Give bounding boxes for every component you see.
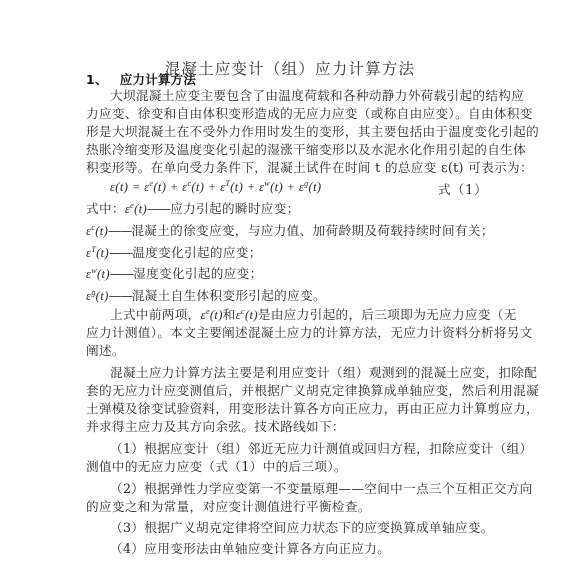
paragraph-line: 阐述。 xyxy=(86,343,125,359)
paragraph-line: 热胀冷缩变形及温度变化引起的湿涨干缩变形以及水泥水化作用引起的自生体 xyxy=(86,142,526,158)
paragraph-line: 力应变、徐变和自由体积变形造成的无应力应变（或称自由应变）。自由体积变 xyxy=(86,106,533,122)
paragraph-line: 土弹模及徐变试验资料，用变形法计算各方向正应力，再由正应力计算剪应力， xyxy=(86,401,539,417)
equation: ε(t) = εe(t) + εc(t) + εT(t) + εw(t) + ε… xyxy=(110,179,321,195)
definition-item: 式中：εe(t)——应力引起的瞬时应变； xyxy=(86,201,300,217)
definition-item: εc(t)——混凝土的徐变应变，与应力值、加荷龄期及荷载持续时间有关； xyxy=(86,223,494,239)
paragraph-line: 并求得主应力及其方向余弦。技术路线如下： xyxy=(86,419,345,435)
paragraph-line: 混凝土应力计算方法主要是利用应变计（组）观测到的混凝土应变，扣除配 xyxy=(110,365,537,381)
equation-term: εT(t) xyxy=(220,180,243,194)
equation-term: εc(t) xyxy=(182,180,204,194)
definition-item: εw(t)——湿度变化引起的应变； xyxy=(86,266,263,282)
equation-term: εw(t) xyxy=(259,180,283,194)
step-item-2-cont: 的应变之和为常量，对应变计测值进行平衡检查。 xyxy=(86,499,371,515)
equation-term: εg(t) xyxy=(299,180,322,194)
paragraph-line: 大坝混凝土应变主要包含了由温度荷载和各种动静力外荷载引起的结构应 xyxy=(110,88,524,104)
paragraph-line: 应力计测值）。本文主要阐述混凝土应力的计算方法，无应力计资料分析将另文 xyxy=(86,325,533,341)
paragraph-line: 上式中前两项，εe(t)和εc(t)是由应力引起的，后三项即为无应力应变（无 xyxy=(110,307,517,323)
step-item-3: （3）根据广义胡克定律将空间应力状态下的应变换算成单轴应变。 xyxy=(110,520,494,536)
paragraph-line: 套的无应力计应变测值后，并根据广义胡克定律换算成单轴应变，然后利用混凝 xyxy=(86,383,539,399)
equation-label: 式（1） xyxy=(438,179,488,198)
step-item-1-cont: 测值中的无应力应变（式（1）中的后三项）。 xyxy=(86,459,347,475)
paragraph-line: 积变形等。在单向受力条件下，混凝土试件在时间 t 的总应变 ε(t) 可表示为： xyxy=(86,160,533,176)
step-item-1: （1）根据应变计（组）邻近无应力计测值或回归方程，扣除应变计（组） xyxy=(110,441,533,457)
step-item-2: （2）根据弹性力学应变第一不变量原理——空间中一点三个互相正交方向 xyxy=(110,481,533,497)
equation-term: εe(t) xyxy=(144,180,166,194)
definition-item: εg(t)——混凝土自生体积变形引起的应变。 xyxy=(86,288,326,304)
section-heading-text: 应力计算方法 xyxy=(120,72,196,87)
document-page: 混凝土应变计（组）应力计算方法 1、应力计算方法 大坝混凝土应变主要包含了由温度… xyxy=(0,0,580,580)
definition-item: εT(t)——温度变化引起的应变； xyxy=(86,245,262,261)
section-number: 1、 xyxy=(86,72,108,87)
equation-lhs: ε(t) = xyxy=(110,180,144,194)
section-heading: 1、应力计算方法 xyxy=(86,72,196,88)
paragraph-line: 形是大坝混凝土在不受外力作用时发生的变形，其主要包括由于温度变化引起的 xyxy=(86,124,539,140)
where-prefix: 式中： xyxy=(86,201,125,216)
step-item-4: （4）应用变形法由单轴应变计算各方向正应力。 xyxy=(110,541,390,557)
